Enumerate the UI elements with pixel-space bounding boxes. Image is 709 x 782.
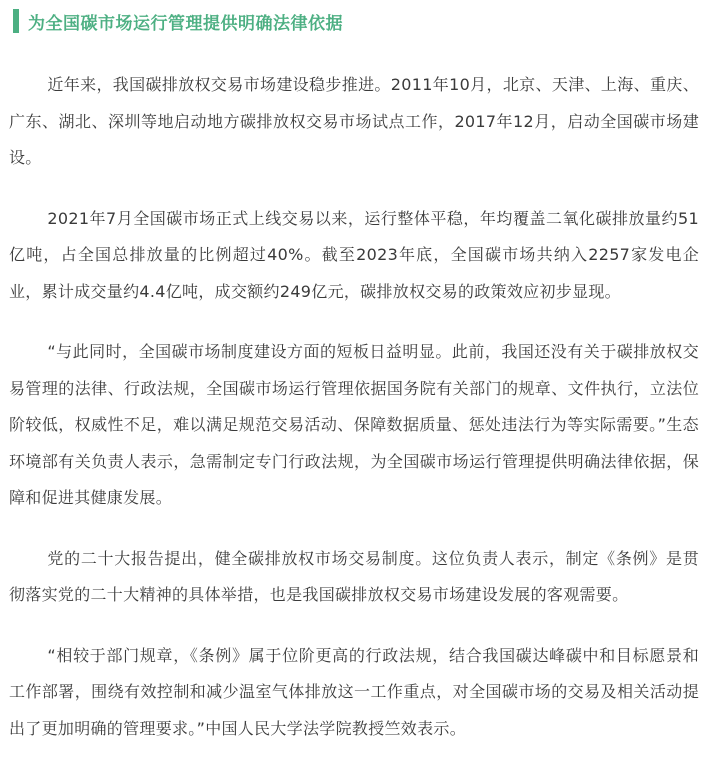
heading-accent-bar	[13, 9, 19, 33]
section-title: 为全国碳市场运行管理提供明确法律依据	[28, 9, 343, 34]
paragraph-regulatory-gap: “与此同时，全国碳市场制度建设方面的短板日益明显。此前，我国还没有关于碳排放权交…	[9, 334, 699, 517]
article: 为全国碳市场运行管理提供明确法律依据 近年来，我国碳排放权交易市场建设稳步推进。…	[0, 4, 709, 747]
paragraph-market-history: 近年来，我国碳排放权交易市场建设稳步推进。2011年10月，北京、天津、上海、重…	[9, 67, 699, 177]
paragraph-market-performance: 2021年7月全国碳市场正式上线交易以来，运行整体平稳，年均覆盖二氧化碳排放量约…	[9, 201, 699, 311]
paragraph-expert-quote: “相较于部门规章，《条例》属于位阶更高的行政法规，结合我国碳达峰碳中和目标愿景和…	[9, 638, 699, 748]
section-heading: 为全国碳市场运行管理提供明确法律依据	[13, 4, 699, 38]
paragraph-congress-report: 党的二十大报告提出，健全碳排放权市场交易制度。这位负责人表示，制定《条例》是贯彻…	[9, 541, 699, 614]
